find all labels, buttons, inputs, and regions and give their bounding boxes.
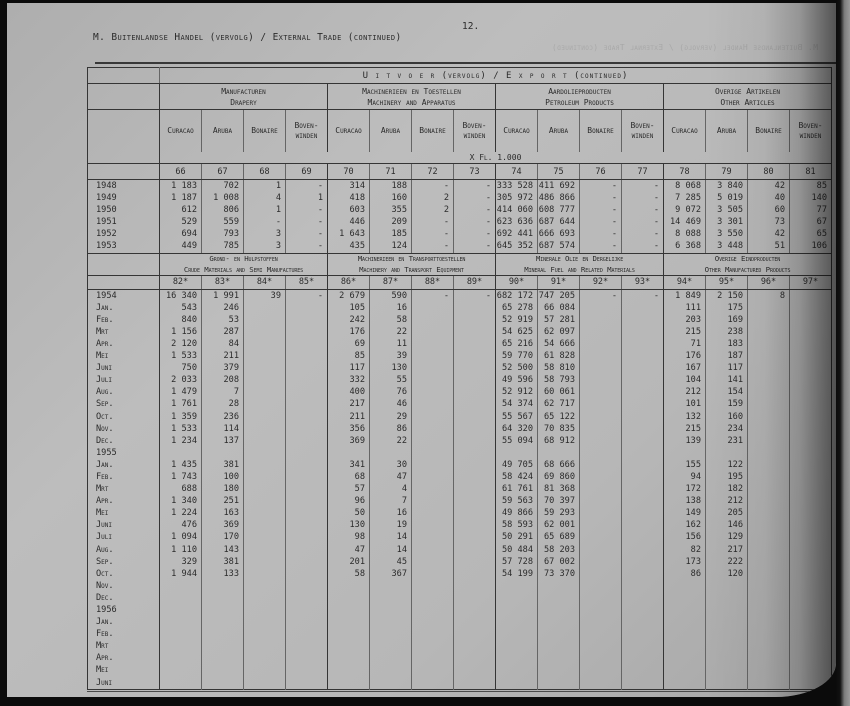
cell: [748, 507, 790, 519]
cell: [244, 338, 286, 350]
cell: [706, 628, 748, 640]
cell: [622, 483, 664, 495]
cell: 182: [706, 483, 748, 495]
cell: 2 033: [160, 374, 202, 386]
cell: 50 484: [496, 544, 538, 556]
cell: [622, 616, 664, 628]
row-label: Juli: [88, 531, 160, 543]
cell: 55 094: [496, 435, 538, 447]
cell: 418: [328, 192, 370, 204]
cell: [244, 302, 286, 314]
cell: [622, 398, 664, 410]
column-number: 94*: [664, 275, 706, 289]
cell: 6 368: [664, 240, 706, 253]
cell: [580, 350, 622, 362]
row-label: Nov.: [88, 580, 160, 592]
cell: 98: [328, 531, 370, 543]
cell: -: [286, 216, 328, 228]
cell: 154: [706, 386, 748, 398]
cell: 160: [706, 411, 748, 423]
cell: [622, 652, 664, 664]
cell: 750: [160, 362, 202, 374]
cell: 1 743: [160, 471, 202, 483]
cell: [286, 338, 328, 350]
data-row: Mei1 533211853959 77061 828176187: [88, 350, 832, 362]
column-number: 80: [748, 164, 790, 180]
cell: 314: [328, 180, 370, 193]
cell: [790, 628, 832, 640]
column-number: 83*: [202, 275, 244, 289]
column-number: 70: [328, 164, 370, 180]
cell: [454, 435, 496, 447]
cell: 58 793: [538, 374, 580, 386]
cell: 238: [706, 326, 748, 338]
cell: [622, 411, 664, 423]
cell: [622, 471, 664, 483]
cell: 486 866: [538, 192, 580, 204]
cell: [790, 459, 832, 471]
cell: [244, 374, 286, 386]
cell: [496, 652, 538, 664]
cell: 160: [370, 192, 412, 204]
cell: [706, 580, 748, 592]
cell: 414 060: [496, 204, 538, 216]
cell: -: [412, 240, 454, 253]
cell: [286, 302, 328, 314]
cell: 381: [202, 459, 244, 471]
cell: [328, 447, 370, 459]
cell: [748, 556, 790, 568]
column-number: 68: [244, 164, 286, 180]
cell: 86: [664, 568, 706, 580]
cell: [454, 350, 496, 362]
cell: 16 340: [160, 289, 202, 302]
cell: [286, 507, 328, 519]
cell: 1 533: [160, 423, 202, 435]
cell: [286, 604, 328, 616]
cell: 120: [706, 568, 748, 580]
row-label: Sep.: [88, 398, 160, 410]
cell: 49 866: [496, 507, 538, 519]
cell: [622, 531, 664, 543]
cell: [454, 459, 496, 471]
cell: [412, 338, 454, 350]
cell: 8 088: [664, 228, 706, 240]
cell: [244, 459, 286, 471]
cell: 68: [328, 471, 370, 483]
data-row: Oct.1 3592362112955 56765 122132160: [88, 411, 832, 423]
data-row: Mei: [88, 664, 832, 676]
row-label: 1952: [88, 228, 160, 240]
cell: 57 728: [496, 556, 538, 568]
cell: [790, 556, 832, 568]
cell: 73 370: [538, 568, 580, 580]
cell: [412, 386, 454, 398]
row-label: Mei: [88, 664, 160, 676]
cell: [664, 616, 706, 628]
cell: [790, 483, 832, 495]
cell: 449: [160, 240, 202, 253]
cell: 379: [202, 362, 244, 374]
cell: 77: [790, 204, 832, 216]
territory-header: Bonaire: [412, 110, 454, 152]
cell: [622, 386, 664, 398]
cell: 64 320: [496, 423, 538, 435]
row-label: Jan.: [88, 616, 160, 628]
row-label: Apr.: [88, 338, 160, 350]
cell: [622, 495, 664, 507]
cell: 70 397: [538, 495, 580, 507]
next-page-edge: [836, 0, 850, 706]
row-label: Aug.: [88, 544, 160, 556]
cell: [622, 447, 664, 459]
cell: [454, 531, 496, 543]
row-label: Mrt: [88, 640, 160, 652]
cell: [580, 628, 622, 640]
cell: [244, 423, 286, 435]
cell: [454, 580, 496, 592]
cell: [580, 326, 622, 338]
cell: [286, 580, 328, 592]
territory-header: Aruba: [706, 110, 748, 152]
cell: 69: [328, 338, 370, 350]
cell: [580, 652, 622, 664]
cell: 185: [370, 228, 412, 240]
data-row: Mei1 224163501649 86659 293149205: [88, 507, 832, 519]
cell: [622, 568, 664, 580]
cell: -: [286, 204, 328, 216]
cell: [244, 495, 286, 507]
cell: [286, 350, 328, 362]
column-number: 75: [538, 164, 580, 180]
cell: [580, 640, 622, 652]
cell: 141: [706, 374, 748, 386]
cell: 687 644: [538, 216, 580, 228]
cell: [160, 652, 202, 664]
column-number: 74: [496, 164, 538, 180]
row-label: 1949: [88, 192, 160, 204]
cell: [160, 580, 202, 592]
cell: -: [454, 289, 496, 302]
cell: [580, 314, 622, 326]
data-row: Aug.1 47974007652 91260 061212154: [88, 386, 832, 398]
cell: [790, 677, 832, 690]
cell: [412, 483, 454, 495]
territory-header: Aruba: [202, 110, 244, 152]
cell: [286, 677, 328, 690]
cell: [286, 459, 328, 471]
data-row: Nov.1 5331143568664 32070 835215234: [88, 423, 832, 435]
column-number: 84*: [244, 275, 286, 289]
column-number-row: 66676869707172737475767778798081: [88, 164, 832, 180]
cell: [286, 483, 328, 495]
cell: [496, 580, 538, 592]
column-number: 73: [454, 164, 496, 180]
cell: 101: [664, 398, 706, 410]
cell: 172: [664, 483, 706, 495]
cell: 236: [202, 411, 244, 423]
cell: [454, 664, 496, 676]
cell: 59 563: [496, 495, 538, 507]
cell: [454, 556, 496, 568]
table-title: U i t v o e r (vervolg) / E x p o r t (c…: [160, 68, 832, 84]
cell: [454, 519, 496, 531]
cell: [454, 314, 496, 326]
cell: 329: [160, 556, 202, 568]
cell: [412, 556, 454, 568]
cell: 3: [244, 240, 286, 253]
cell: 143: [202, 544, 244, 556]
cell: [790, 471, 832, 483]
cell: 65 216: [496, 338, 538, 350]
cell: 133: [202, 568, 244, 580]
cell: [790, 604, 832, 616]
cell: [748, 459, 790, 471]
cell: 208: [202, 374, 244, 386]
cell: [748, 640, 790, 652]
cell: [286, 314, 328, 326]
cell: [748, 652, 790, 664]
cell: 1 234: [160, 435, 202, 447]
cell: [202, 640, 244, 652]
row-label: 1950: [88, 204, 160, 216]
cell: 666 693: [538, 228, 580, 240]
cell: [748, 495, 790, 507]
cell: [286, 398, 328, 410]
cell: 16: [370, 302, 412, 314]
cell: -: [454, 204, 496, 216]
cell: [496, 616, 538, 628]
cell: 1 991: [202, 289, 244, 302]
group-header: Other Manufactured Products: [664, 264, 832, 275]
cell: [748, 326, 790, 338]
cell: 355: [370, 204, 412, 216]
cell: [538, 640, 580, 652]
cell: -: [286, 228, 328, 240]
row-label: 1956: [88, 604, 160, 616]
cell: [328, 592, 370, 604]
row-label: Juni: [88, 677, 160, 690]
data-row: Aug.1 110143471450 48458 20382217: [88, 544, 832, 556]
cell: -: [286, 240, 328, 253]
cell: [412, 314, 454, 326]
cell: [244, 398, 286, 410]
column-number: 85*: [286, 275, 328, 289]
cell: [454, 338, 496, 350]
cell: [580, 386, 622, 398]
cell: 49 596: [496, 374, 538, 386]
cell: [538, 664, 580, 676]
cell: [454, 374, 496, 386]
territory-header-row: CuracaoArubaBonaireBoven-windenCuracaoAr…: [88, 110, 832, 152]
group-header: Grond- en Hulpstoffen: [160, 253, 328, 264]
cell: [706, 664, 748, 676]
data-row: Juli1 094170981450 29165 689156129: [88, 531, 832, 543]
territory-header: Boven-winden: [454, 110, 496, 152]
cell: 341: [328, 459, 370, 471]
cell: 47: [328, 544, 370, 556]
row-label: [88, 84, 160, 110]
cell: [580, 568, 622, 580]
cell: 231: [706, 435, 748, 447]
data-row: Jan.5432461051665 27866 084111175: [88, 302, 832, 314]
cell: 356: [328, 423, 370, 435]
cell: [496, 604, 538, 616]
cell: 55 567: [496, 411, 538, 423]
cell: 65 122: [538, 411, 580, 423]
cell: [328, 640, 370, 652]
cell: 3 550: [706, 228, 748, 240]
cell: [370, 652, 412, 664]
cell: 1 110: [160, 544, 202, 556]
cell: -: [580, 192, 622, 204]
cell: 287: [202, 326, 244, 338]
cell: [496, 447, 538, 459]
cell: [286, 616, 328, 628]
cell: 217: [706, 544, 748, 556]
cell: 146: [706, 519, 748, 531]
cell: 159: [706, 398, 748, 410]
cell: [286, 640, 328, 652]
cell: [412, 435, 454, 447]
cell: [454, 677, 496, 690]
cell: [328, 677, 370, 690]
territory-header: Curacao: [664, 110, 706, 152]
cell: [790, 640, 832, 652]
cell: 369: [328, 435, 370, 447]
data-row: Mrt68818057461 76181 368172182: [88, 483, 832, 495]
cell: 58: [370, 314, 412, 326]
cell: [748, 519, 790, 531]
cell: [622, 435, 664, 447]
cell: [412, 592, 454, 604]
cell: 59 293: [538, 507, 580, 519]
row-label: Mrt: [88, 326, 160, 338]
cell: 163: [202, 507, 244, 519]
cell: [622, 519, 664, 531]
data-row: Dec.: [88, 592, 832, 604]
cell: [580, 411, 622, 423]
cell: 180: [202, 483, 244, 495]
cell: [748, 314, 790, 326]
data-row: Feb.: [88, 628, 832, 640]
cell: [538, 628, 580, 640]
cell: [202, 592, 244, 604]
cell: 176: [664, 350, 706, 362]
cell: [286, 652, 328, 664]
group-header: Machinerieen en Transporttoestellen: [328, 253, 496, 264]
cell: 14: [370, 531, 412, 543]
territory-header: Aruba: [538, 110, 580, 152]
cell: [706, 447, 748, 459]
cell: 2: [412, 204, 454, 216]
cell: -: [580, 180, 622, 193]
cell: [454, 507, 496, 519]
cell: 59 770: [496, 350, 538, 362]
cell: [580, 531, 622, 543]
cell: [454, 411, 496, 423]
column-number: 95*: [706, 275, 748, 289]
cell: 19: [370, 519, 412, 531]
row-label: 1954: [88, 289, 160, 302]
cell: [664, 604, 706, 616]
cell: [664, 640, 706, 652]
unit-row: X Fl. 1.000: [88, 152, 832, 164]
row-label: [88, 164, 160, 180]
cell: 234: [706, 423, 748, 435]
cell: [664, 652, 706, 664]
cell: [454, 398, 496, 410]
cell: 11: [370, 338, 412, 350]
row-label: [88, 275, 160, 289]
cell: 45: [370, 556, 412, 568]
row-label: Mei: [88, 507, 160, 519]
cell: 16: [370, 507, 412, 519]
cell: 446: [328, 216, 370, 228]
cell: 1 761: [160, 398, 202, 410]
data-row: 19526947933-1 643185--692 441666 693--8 …: [88, 228, 832, 240]
cell: [748, 531, 790, 543]
row-label: Sep.: [88, 556, 160, 568]
cell: 50: [328, 507, 370, 519]
data-row: 1956: [88, 604, 832, 616]
cell: 793: [202, 228, 244, 240]
cell: 28: [202, 398, 244, 410]
data-row: Mrt1 1562871762254 62562 097215238: [88, 326, 832, 338]
cell: 132: [664, 411, 706, 423]
cell: [244, 326, 286, 338]
cell: [202, 616, 244, 628]
cell: [496, 628, 538, 640]
territory-header: Bonaire: [580, 110, 622, 152]
cell: 84: [202, 338, 244, 350]
cell: [286, 447, 328, 459]
cell: [160, 640, 202, 652]
cell: 1 183: [160, 180, 202, 193]
cell: [790, 544, 832, 556]
cell: [160, 604, 202, 616]
group-header: Mineral Fuel and Related Materials: [496, 264, 664, 275]
cell: 251: [202, 495, 244, 507]
cell: [286, 519, 328, 531]
cell: [286, 374, 328, 386]
cell: 124: [370, 240, 412, 253]
data-row: 1955: [88, 447, 832, 459]
cell: 305 972: [496, 192, 538, 204]
cell: 111: [664, 302, 706, 314]
column-number: 87*: [370, 275, 412, 289]
cell: [412, 507, 454, 519]
cell: 117: [706, 362, 748, 374]
cell: [538, 652, 580, 664]
group-header-row: Grond- en HulpstoffenMachinerieen en Tra…: [88, 253, 832, 264]
cell: [286, 531, 328, 543]
data-row: Apr.1 34025196759 56370 397138212: [88, 495, 832, 507]
cell: [244, 616, 286, 628]
cell: 369: [202, 519, 244, 531]
cell: 367: [370, 568, 412, 580]
cell: 55: [370, 374, 412, 386]
cell: 66 084: [538, 302, 580, 314]
cell: [370, 640, 412, 652]
cell: -: [454, 240, 496, 253]
row-label: Oct.: [88, 411, 160, 423]
cell: 114: [202, 423, 244, 435]
cell: 70 835: [538, 423, 580, 435]
cell: 183: [706, 338, 748, 350]
cell: [790, 580, 832, 592]
cell: [412, 326, 454, 338]
